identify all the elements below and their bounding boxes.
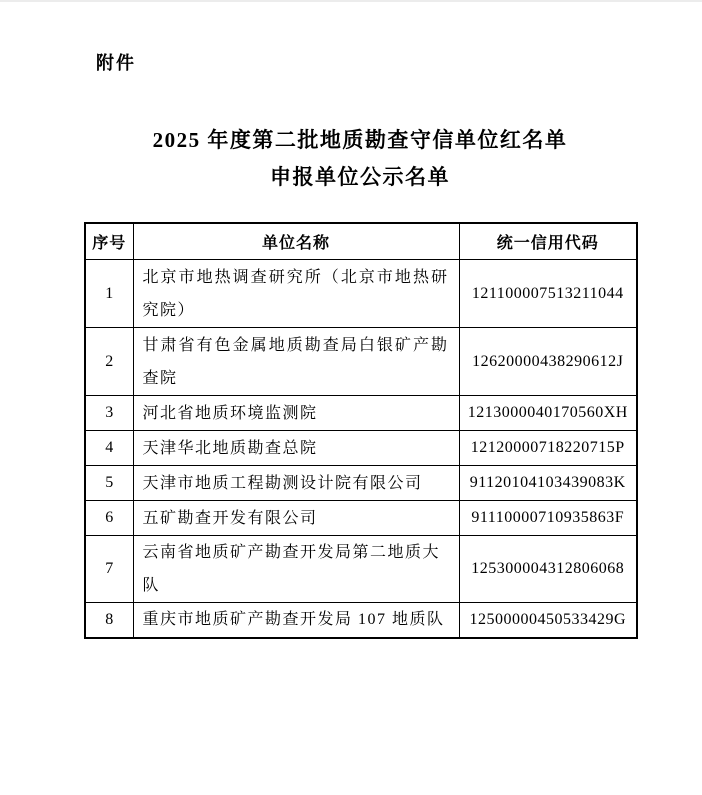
serial-number-cell: 1 — [85, 260, 133, 328]
page-top-edge — [0, 0, 702, 2]
unit-name-cell: 重庆市地质矿产勘查开发局 107 地质队 — [133, 603, 459, 638]
document-title: 2025 年度第二批地质勘查守信单位红名单 申报单位公示名单 — [84, 122, 636, 196]
serial-number-cell: 5 — [85, 466, 133, 501]
serial-number-cell: 7 — [85, 536, 133, 603]
table-row: 7 云南省地质矿产勘查开发局第二地质大队 125300004312806068 — [85, 536, 637, 603]
header-unit-name: 单位名称 — [133, 223, 459, 260]
unit-name-cell: 河北省地质环境监测院 — [133, 396, 459, 431]
table-row: 8 重庆市地质矿产勘查开发局 107 地质队 12500000450533429… — [85, 603, 637, 638]
credit-code-cell: 1213000040170560XH — [459, 396, 637, 431]
document-title-line2: 申报单位公示名单 — [84, 159, 636, 196]
serial-number-cell: 3 — [85, 396, 133, 431]
serial-number-cell: 6 — [85, 501, 133, 536]
credit-code-cell: 12120000718220715P — [459, 431, 637, 466]
header-serial-number: 序号 — [85, 223, 133, 260]
header-credit-code: 统一信用代码 — [459, 223, 637, 260]
attachment-label: 附件 — [96, 49, 136, 75]
serial-number-cell: 4 — [85, 431, 133, 466]
credit-code-cell: 91110000710935863F — [459, 501, 637, 536]
table-row: 5 天津市地质工程勘测设计院有限公司 91120104103439083K — [85, 466, 637, 501]
table-row: 6 五矿勘查开发有限公司 91110000710935863F — [85, 501, 637, 536]
credit-code-cell: 12500000450533429G — [459, 603, 637, 638]
unit-name-cell: 北京市地热调查研究所（北京市地热研究院） — [133, 260, 459, 328]
credit-code-cell: 121100007513211044 — [459, 260, 637, 328]
credit-code-cell: 12620000438290612J — [459, 328, 637, 396]
credit-code-cell: 125300004312806068 — [459, 536, 637, 603]
unit-name-cell: 天津市地质工程勘测设计院有限公司 — [133, 466, 459, 501]
document-title-line1: 2025 年度第二批地质勘查守信单位红名单 — [84, 122, 636, 159]
serial-number-cell: 2 — [85, 328, 133, 396]
serial-number-cell: 8 — [85, 603, 133, 638]
table-row: 4 天津华北地质勘查总院 12120000718220715P — [85, 431, 637, 466]
unit-name-cell: 云南省地质矿产勘查开发局第二地质大队 — [133, 536, 459, 603]
unit-name-cell: 五矿勘查开发有限公司 — [133, 501, 459, 536]
unit-name-cell: 天津华北地质勘查总院 — [133, 431, 459, 466]
table-row: 2 甘肃省有色金属地质勘查局白银矿产勘查院 12620000438290612J — [85, 328, 637, 396]
credit-code-cell: 91120104103439083K — [459, 466, 637, 501]
table-row: 3 河北省地质环境监测院 1213000040170560XH — [85, 396, 637, 431]
table-row: 1 北京市地热调查研究所（北京市地热研究院） 12110000751321104… — [85, 260, 637, 328]
unit-name-cell: 甘肃省有色金属地质勘查局白银矿产勘查院 — [133, 328, 459, 396]
units-table: 序号 单位名称 统一信用代码 1 北京市地热调查研究所（北京市地热研究院） 12… — [84, 222, 638, 639]
table-header-row: 序号 单位名称 统一信用代码 — [85, 223, 637, 260]
